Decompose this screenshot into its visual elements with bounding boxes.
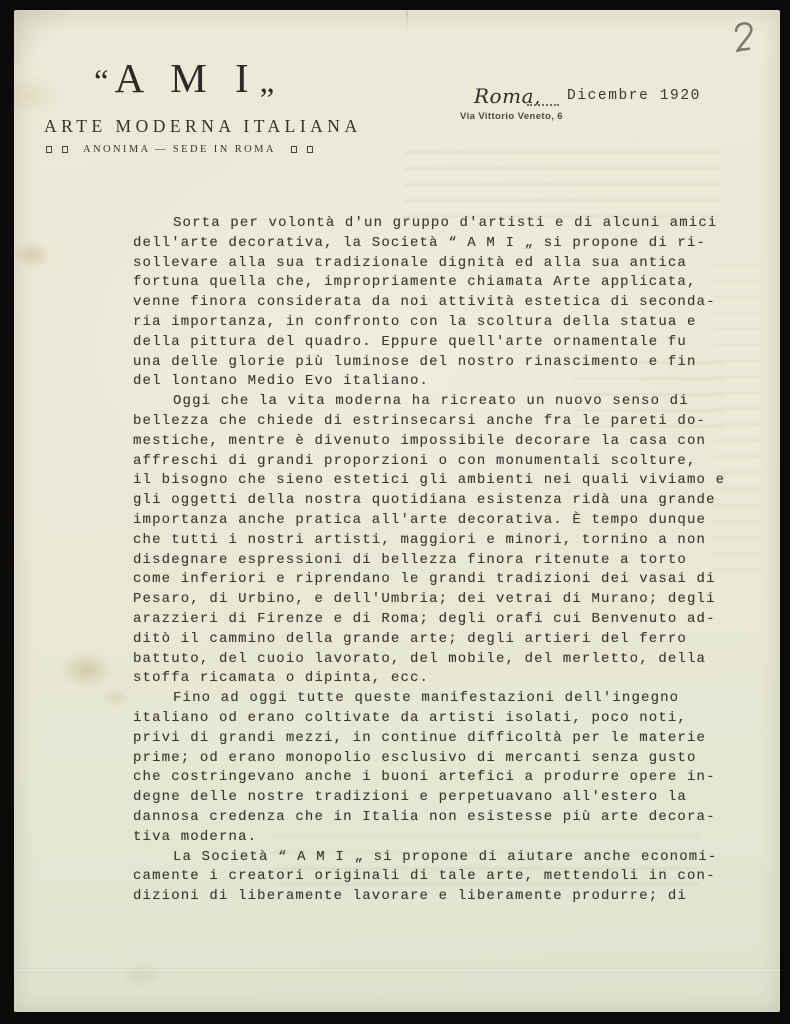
handwritten-2-icon [729,17,760,61]
body-line: venne finora considerata da noi attività… [133,293,733,313]
body-line: della pittura del quadro. Eppure quell'a… [133,333,733,353]
body-line: arazzieri di Firenze e di Roma; degli or… [133,610,733,630]
bottom-crease [14,968,780,972]
body-line: dannosa credenza che in Italia non esist… [133,808,733,828]
body-line: il bisogno che sieno estetici gli ambien… [133,471,733,491]
date-text: Dicembre 1920 [567,88,701,104]
body-line: gli oggetti della nostra quotidiana esis… [133,491,733,511]
body-line: Sorta per volontà d'un gruppo d'artisti … [133,214,733,234]
body-line: Pesaro, di Urbino, e dell'Umbria; dei ve… [133,590,733,610]
body-line: che tutti i nostri artisti, maggiori e m… [133,531,733,551]
body-line: prime; od erano monopolio esclusivo di m… [133,749,733,769]
legal-form-text: ANONIMA — SEDE IN ROMA [83,144,276,155]
body-line: degne delle nostre tradizioni e perpetua… [133,788,733,808]
corner-fold [14,10,70,66]
body-line: che costringevano anche i buoni artefici… [133,768,733,788]
body-line: Oggi che la vita moderna ha ricreato un … [133,392,733,412]
square-ornament-icon [62,146,68,153]
square-ornament-icon [46,146,52,153]
dotted-rule [527,90,559,106]
close-quote: „ [260,64,275,100]
square-ornament-icon [291,146,297,153]
body-line: camente i creatori originali di tale art… [133,867,733,887]
body-line: ria importanza, in confronto con la scol… [133,313,733,333]
body-line: Fino ad oggi tutte queste manifestazioni… [133,689,733,709]
body-line: dizioni di liberamente lavorare e libera… [133,887,733,907]
pencil-page-number [728,17,759,66]
body-line: fortuna quella che, impropriamente chiam… [133,273,733,293]
letter-body: Sorta per volontà d'un gruppo d'artisti … [133,214,733,907]
body-line: italiano od erano coltivate da artisti i… [133,709,733,729]
org-mark: “A M I„ [94,54,274,102]
body-line: sollevare alla sua tradizionale dignità … [133,254,733,274]
open-quote: “ [94,64,109,100]
ink-bleedthrough [404,138,719,220]
photo-background: “A M I„ ARTE MODERNA ITALIANA ANONIMA — … [0,0,790,1024]
body-line: dell'arte decorativa, la Società “ A M I… [133,234,733,254]
body-line: come inferiori e riprendano le grandi tr… [133,570,733,590]
org-acronym: A M I [115,55,256,101]
body-line: del lontano Medio Evo italiano. [133,372,733,392]
body-line: affreschi di grandi proporzioni o con mo… [133,452,733,472]
body-line: importanza anche pratica all'arte decora… [133,511,733,531]
legal-form-line: ANONIMA — SEDE IN ROMA [41,144,318,155]
body-line: La Società “ A M I „ si propone di aiuta… [133,848,733,868]
body-line: tiva moderna. [133,828,733,848]
body-line: una delle glorie più luminose del nostro… [133,353,733,373]
square-ornament-icon [307,146,313,153]
org-name: ARTE MODERNA ITALIANA [44,116,362,137]
top-crease [406,10,408,36]
body-line: mestiche, mentre è divenuto impossibile … [133,432,733,452]
address-line: Via Vittorio Veneto, 6 [460,111,563,122]
body-line: disdegnare espressioni di bellezza finor… [133,551,733,571]
body-line: ditò il cammino della grande arte; degli… [133,630,733,650]
body-line: bellezza che chiede di estrinsecarsi anc… [133,412,733,432]
body-line: privi di grandi mezzi, in continue diffi… [133,729,733,749]
letter-sheet: “A M I„ ARTE MODERNA ITALIANA ANONIMA — … [14,10,780,1012]
body-line: battuto, del cuoio lavorato, del mobile,… [133,650,733,670]
body-line: stoffa ricamata o dipinta, ecc. [133,669,733,689]
